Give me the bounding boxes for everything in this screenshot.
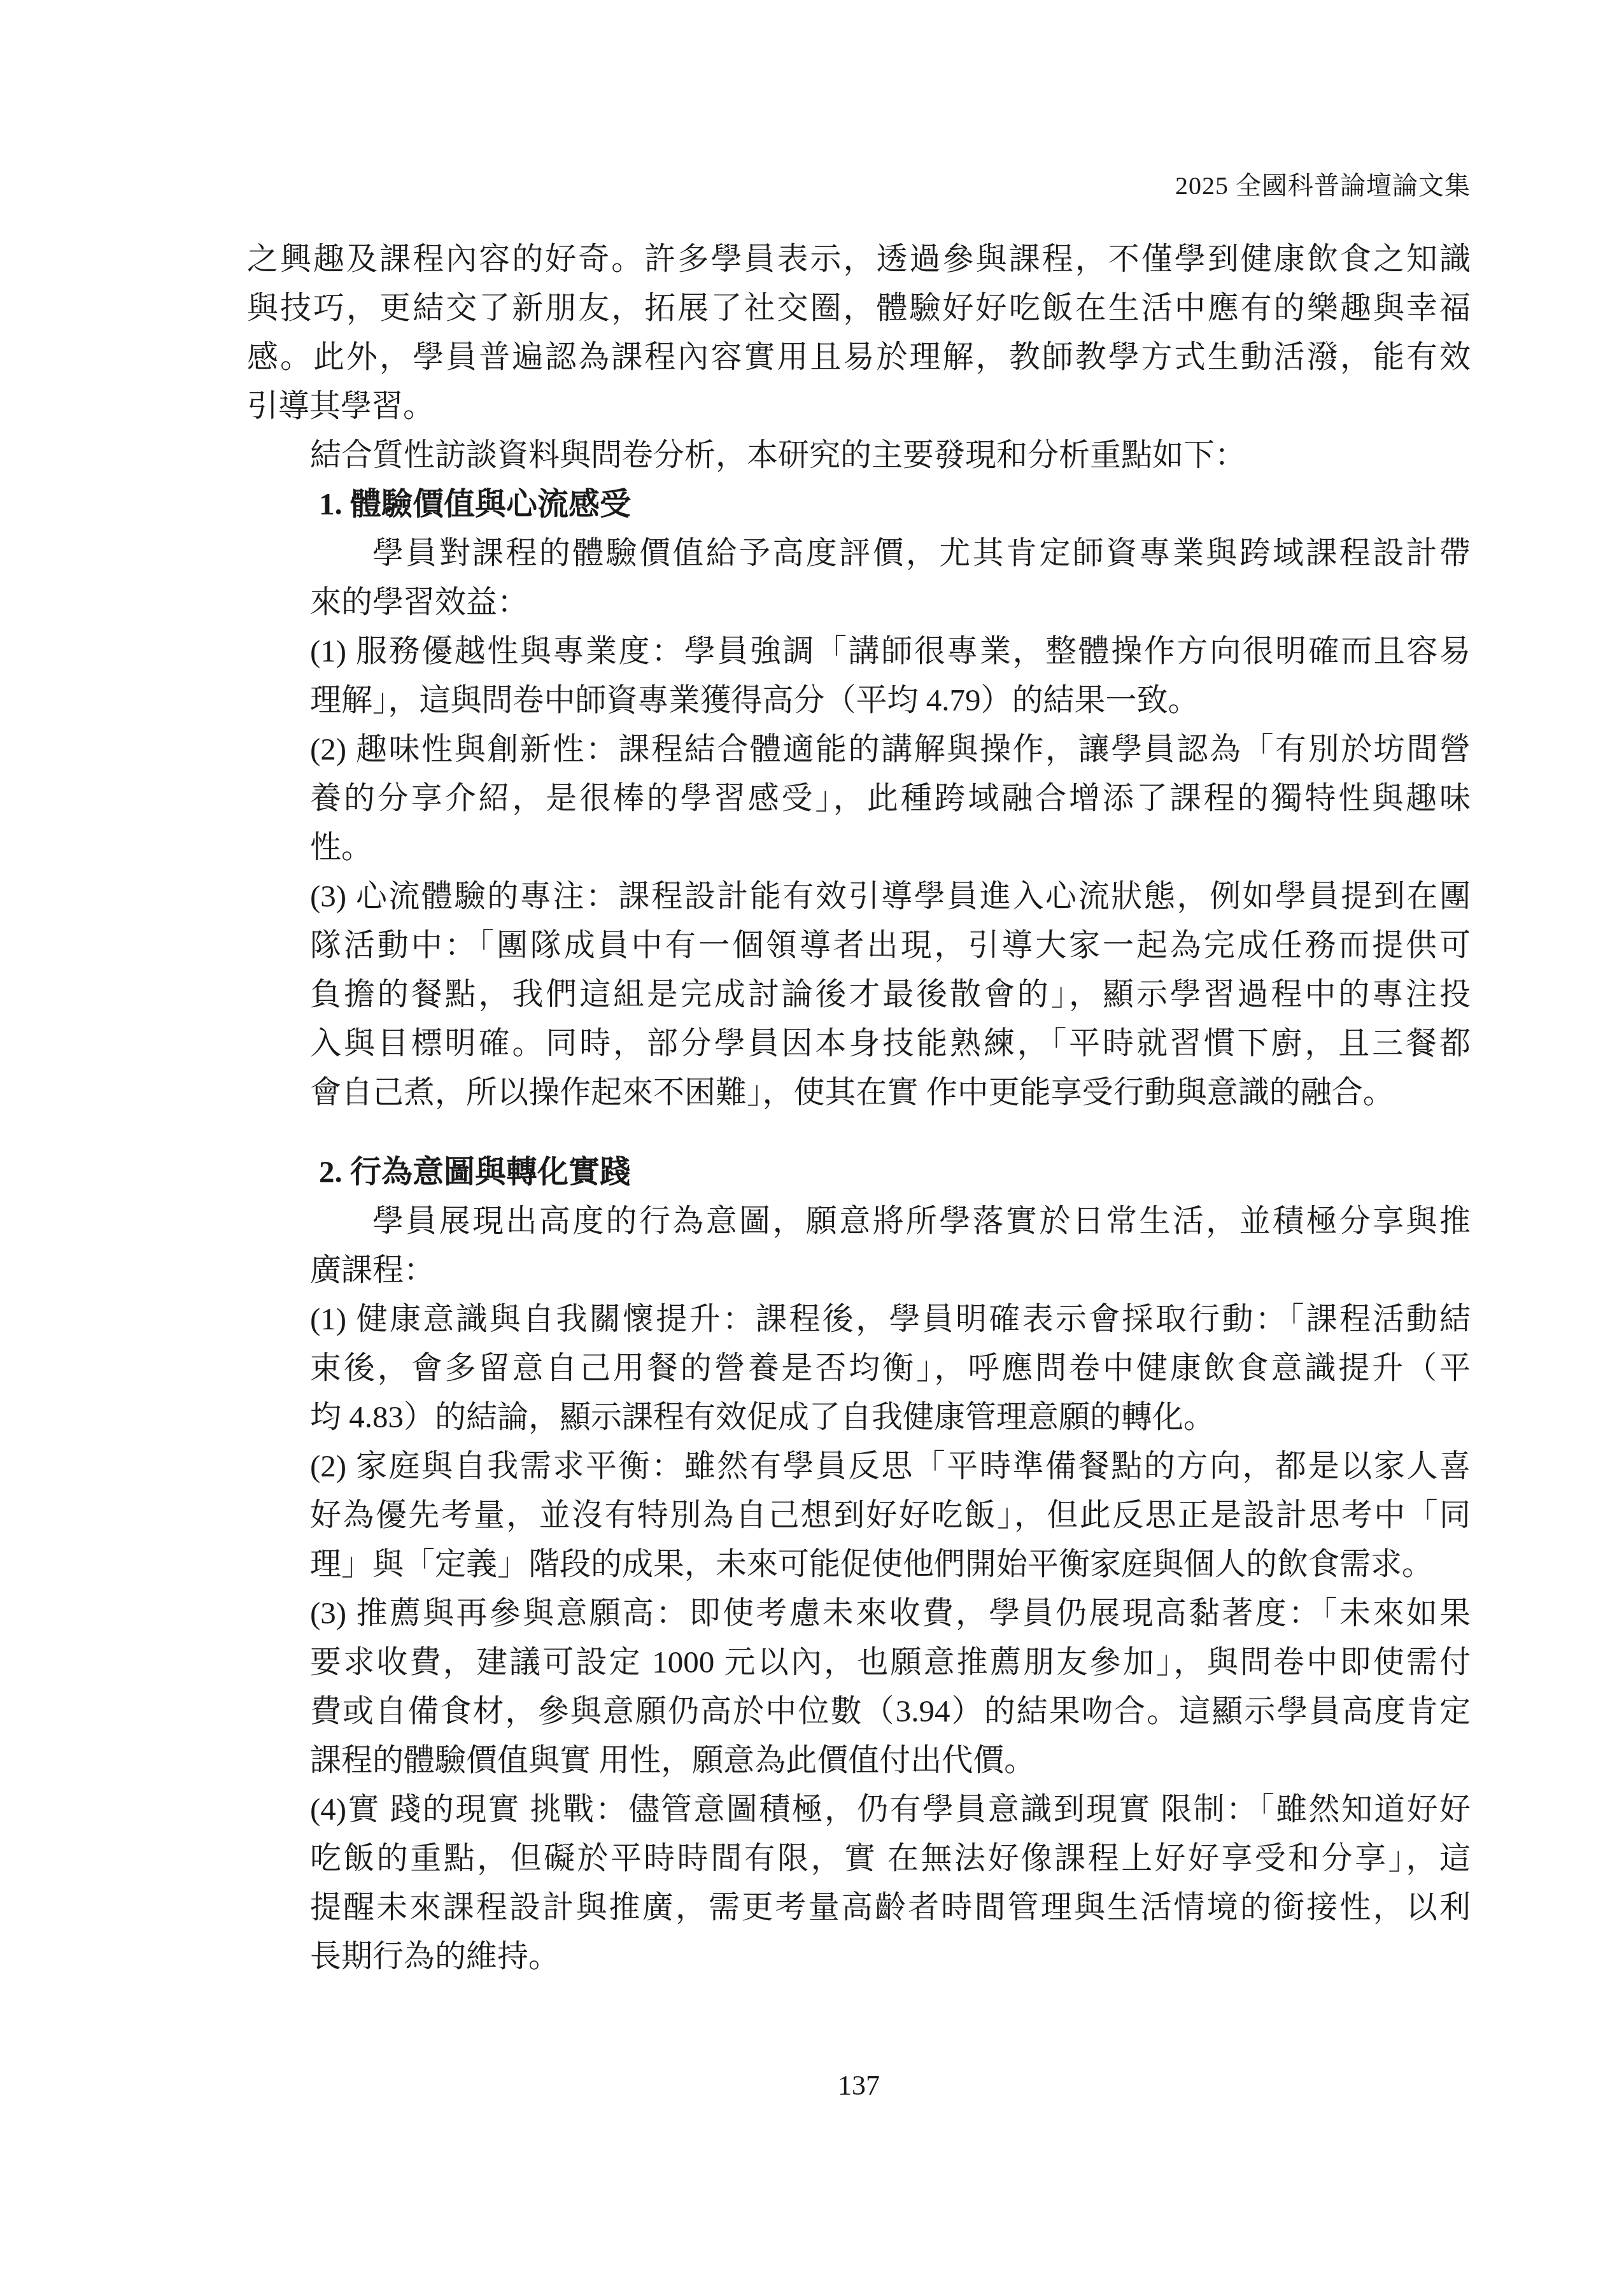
running-header: 2025 全國科普論壇論文集 bbox=[247, 171, 1471, 201]
text-line: (2) 家庭與自我需求平衡：雖然有學員反思「平時準備餐點的方向，都是以家人喜 bbox=[310, 1441, 1471, 1490]
text-line: 吃飯的重點，但礙於平時時間有限，實 在無法好像課程上好好享受和分享」，這 bbox=[310, 1834, 1471, 1883]
text-line: 長期行為的維持。 bbox=[310, 1932, 1471, 1981]
heading-text: 1. 體驗價值與心流感受 bbox=[319, 479, 1471, 528]
text-line: 要求收費，建議可設定 1000 元以內，也願意推薦朋友參加」，與問卷中即使需付 bbox=[310, 1638, 1471, 1687]
text-line: 負擔的餐點，我們這組是完成討論後才最後散會的」，顯示學習過程中的專注投 bbox=[310, 970, 1471, 1019]
list-item: (2) 家庭與自我需求平衡：雖然有學員反思「平時準備餐點的方向，都是以家人喜好為… bbox=[310, 1441, 1471, 1588]
list-item: (1) 健康意識與自我關懷提升：課程後，學員明確表示會採取行動：「課程活動結束後… bbox=[310, 1294, 1471, 1441]
section-heading: 1. 體驗價值與心流感受 bbox=[319, 479, 1471, 528]
text-line: (1) 服務優越性與專業度：學員強調「講師很專業，整體操作方向很明確而且容易 bbox=[310, 626, 1471, 676]
text-line: (3) 心流體驗的專注：課程設計能有效引導學員進入心流狀態，例如學員提到在團 bbox=[310, 872, 1471, 921]
text-line: 好為優先考量，並沒有特別為自己想到好好吃飯」，但此反思正是設計思考中「同 bbox=[310, 1490, 1471, 1539]
text-line: (3) 推薦與再參與意願高：即使考慮未來收費，學員仍展現高黏著度：「未來如果 bbox=[310, 1588, 1471, 1638]
list-item: (2) 趣味性與創新性：課程結合體適能的講解與操作，讓學員認為「有別於坊間營養的… bbox=[310, 725, 1471, 872]
page-footer: 137 bbox=[247, 2069, 1471, 2103]
text-line: (1) 健康意識與自我關懷提升：課程後，學員明確表示會採取行動：「課程活動結 bbox=[310, 1294, 1471, 1343]
text-line: 理解」，這與問卷中師資專業獲得高分（平均 4.79）的結果一致。 bbox=[310, 676, 1471, 725]
text-line: 與技巧，更結交了新朋友，拓展了社交圈，體驗好好吃飯在生活中應有的樂趣與幸福 bbox=[247, 283, 1471, 332]
text-line: 性。 bbox=[310, 823, 1471, 872]
page-number: 137 bbox=[838, 2070, 880, 2101]
text-line: 費或自備食材，參與意願仍高於中位數（3.94）的結果吻合。這顯示學員高度肯定 bbox=[310, 1687, 1471, 1736]
paragraph: 學員展現出高度的行為意圖，願意將所學落實於日常生活，並積極分享與推廣課程： bbox=[310, 1196, 1471, 1294]
list-item: (3) 推薦與再參與意願高：即使考慮未來收費，學員仍展現高黏著度：「未來如果要求… bbox=[310, 1588, 1471, 1785]
text-line: 結合質性訪談資料與問卷分析，本研究的主要發現和分析重點如下： bbox=[310, 430, 1471, 479]
text-line: 來的學習效益： bbox=[310, 577, 1471, 626]
section-heading: 2. 行為意圖與轉化實踐 bbox=[319, 1147, 1471, 1196]
text-line: (2) 趣味性與創新性：課程結合體適能的講解與操作，讓學員認為「有別於坊間營 bbox=[310, 725, 1471, 774]
text-line: 引導其學習。 bbox=[247, 381, 1471, 430]
paragraph: 學員對課程的體驗價值給予高度評價，尤其肯定師資專業與跨域課程設計帶來的學習效益： bbox=[310, 528, 1471, 626]
text-line: 會自己煮，所以操作起來不困難」，使其在實 作中更能享受行動與意識的融合。 bbox=[310, 1068, 1471, 1117]
document-page: 2025 全國科普論壇論文集 之興趣及課程內容的好奇。許多學員表示，透過參與課程… bbox=[0, 0, 1624, 2278]
text-line: 學員對課程的體驗價值給予高度評價，尤其肯定師資專業與跨域課程設計帶 bbox=[310, 528, 1471, 577]
list-item: (3) 心流體驗的專注：課程設計能有效引導學員進入心流狀態，例如學員提到在團隊活… bbox=[310, 872, 1471, 1117]
text-line: 養的分享介紹，是很棒的學習感受」，此種跨域融合增添了課程的獨特性與趣味 bbox=[310, 774, 1471, 823]
list-item: (4)實 踐的現實 挑戰：儘管意圖積極，仍有學員意識到現實 限制：「雖然知道好好… bbox=[310, 1785, 1471, 1981]
proceedings-title: 2025 全國科普論壇論文集 bbox=[1175, 171, 1471, 200]
text-line: 均 4.83）的結論，顯示課程有效促成了自我健康管理意願的轉化。 bbox=[310, 1392, 1471, 1441]
text-line: 學員展現出高度的行為意圖，願意將所學落實於日常生活，並積極分享與推 bbox=[310, 1196, 1471, 1245]
text-line: 入與目標明確。同時，部分學員因本身技能熟練，「平時就習慣下廚，且三餐都 bbox=[310, 1019, 1471, 1068]
text-line: 之興趣及課程內容的好奇。許多學員表示，透過參與課程，不僅學到健康飲食之知識 bbox=[247, 234, 1471, 283]
text-line: 束後，會多留意自己用餐的營養是否均衡」，呼應問卷中健康飲食意識提升（平 bbox=[310, 1343, 1471, 1392]
list-item: (1) 服務優越性與專業度：學員強調「講師很專業，整體操作方向很明確而且容易理解… bbox=[310, 626, 1471, 725]
document-body: 之興趣及課程內容的好奇。許多學員表示，透過參與課程，不僅學到健康飲食之知識與技巧… bbox=[247, 234, 1471, 1981]
text-line: 廣課程： bbox=[310, 1245, 1471, 1294]
heading-text: 2. 行為意圖與轉化實踐 bbox=[319, 1147, 1471, 1196]
paragraph: 結合質性訪談資料與問卷分析，本研究的主要發現和分析重點如下： bbox=[310, 430, 1471, 479]
paragraph: 之興趣及課程內容的好奇。許多學員表示，透過參與課程，不僅學到健康飲食之知識與技巧… bbox=[247, 234, 1471, 430]
text-line: 隊活動中：「團隊成員中有一個領導者出現，引導大家一起為完成任務而提供可 bbox=[310, 921, 1471, 970]
text-line: (4)實 踐的現實 挑戰：儘管意圖積極，仍有學員意識到現實 限制：「雖然知道好好 bbox=[310, 1785, 1471, 1834]
text-line: 課程的體驗價值與實 用性，願意為此價值付出代價。 bbox=[310, 1736, 1471, 1785]
text-line: 理」與「定義」階段的成果，未來可能促使他們開始平衡家庭與個人的飲食需求。 bbox=[310, 1539, 1471, 1588]
text-line: 提醒未來課程設計與推廣，需更考量高齡者時間管理與生活情境的銜接性，以利 bbox=[310, 1883, 1471, 1932]
text-line: 感。此外，學員普遍認為課程內容實用且易於理解，教師教學方式生動活潑，能有效 bbox=[247, 332, 1471, 381]
